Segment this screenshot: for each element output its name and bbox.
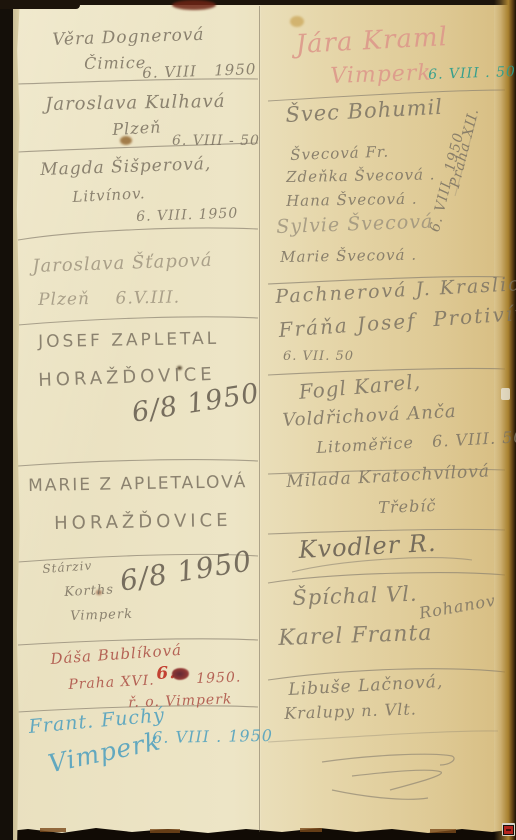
guestbook-page: Věra Dognerová Čimice 6. VIII 1950 Jaros… — [0, 0, 516, 840]
entry-date: 6. VIII . 1950 — [152, 728, 273, 746]
entry-date: 6. VIII - 50 — [172, 134, 260, 148]
stain — [172, 0, 216, 10]
ink-blot — [172, 668, 189, 680]
entry-date: 6. VII. 50 — [283, 350, 354, 363]
page-edge-mark — [501, 388, 510, 400]
entry-signature: Špíchal Vl. — [292, 584, 418, 609]
entry-date: 6. VIII. 1950 — [136, 206, 238, 224]
entry-signature: Stárziv — [42, 560, 93, 575]
page-stack-edge — [494, 0, 516, 840]
entry-place-date: Plzeň 6.V.III. — [38, 290, 180, 309]
entry-place: Čimice — [84, 55, 146, 72]
entry-place: HORAŽĎOVICE — [54, 512, 232, 533]
binding-torn-paper — [13, 0, 20, 840]
entry-date: 6. VIII . 50 — [428, 65, 516, 82]
entry-signature: Věra Dognerová — [52, 27, 205, 49]
entry-signature: Hana Švecová . — [286, 192, 418, 209]
entry-signature: Zdeňka Švecová . — [286, 167, 436, 185]
red-corner-marker-icon — [502, 823, 515, 836]
entry-place: Vimperk — [70, 608, 133, 623]
page-fold-line — [259, 6, 260, 832]
entry-signature: MARIE Z APLETALOVÁ — [28, 474, 247, 495]
stain — [290, 16, 304, 27]
entry-signature: Švecová Fr. — [290, 145, 389, 163]
entry-place: Plzeň — [112, 119, 162, 138]
entry-place: HORAŽĎOVICE — [38, 366, 216, 390]
entry-date: 6/8 1950 — [118, 547, 254, 595]
entry-place: Praha XVI. — [68, 673, 155, 691]
entry-signature: Marie Švecová . — [280, 248, 417, 265]
entry-signature: Karel Franta — [278, 623, 433, 650]
entry-place: Litvínov. — [72, 186, 146, 205]
entry-signature: Magda Šišperová, — [40, 156, 212, 179]
binding-edge — [0, 0, 13, 840]
entry-signature: Kvodler R. — [298, 531, 437, 562]
entry-date-year: 1950. — [196, 670, 242, 686]
entry-place: Vimperk — [330, 62, 432, 88]
entry-place: Třebíč — [378, 498, 437, 516]
entry-signature: Sylvie Švecová — [276, 213, 434, 237]
entry-date: 6. VIII 1950 — [142, 62, 257, 81]
entry-signature: Jaroslava Kulhavá — [45, 93, 226, 114]
entry-signature: Jára Kraml — [295, 24, 449, 58]
entry-signature: Korths — [64, 583, 114, 599]
top-edge-corner — [0, 0, 80, 9]
entry-signature: Jaroslava Šťapová — [32, 252, 213, 276]
entry-signature: JOSEF ZAPLETAL — [38, 331, 219, 351]
entry-place: Kralupy n. Vlt. — [284, 701, 417, 722]
entry-place: Vimperk — [46, 728, 163, 776]
